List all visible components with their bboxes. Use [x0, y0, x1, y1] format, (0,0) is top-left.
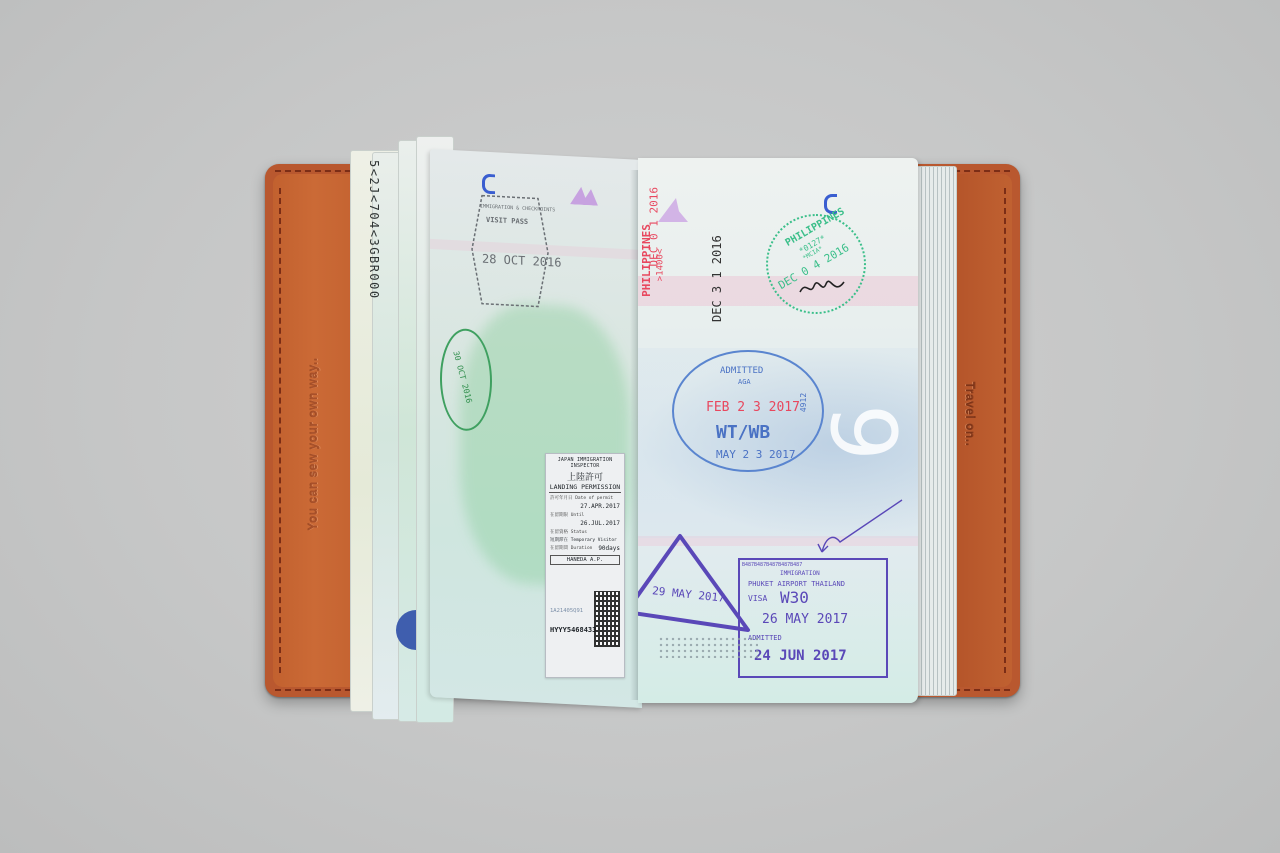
- stamp-thailand-departure: 29 MAY 2017: [638, 530, 752, 640]
- page-number-watermark: 9: [810, 404, 915, 461]
- stamp-thailand-arrival: B487B487B487B487B487 IMMIGRATION PHUKET …: [738, 558, 888, 678]
- purple-motif: [570, 186, 598, 205]
- japan-landing-permission-sticker: JAPAN IMMIGRATION INSPECTOR 上陸許可 LANDING…: [545, 453, 625, 678]
- stamp-us-until: MAY 2 3 2017: [716, 448, 795, 461]
- passport-right-page: 9 PHILIPPINES >1400< DEC 0 1 2016 DEC 3 …: [638, 158, 918, 703]
- sticker-kanji: 上陸許可: [546, 470, 624, 483]
- embossed-text-left: You can sew your own way..: [306, 357, 320, 530]
- sticker-code-small: 1A21405Q91: [550, 608, 583, 614]
- sticker-row-permit-date: 許可年月日 Date of permit: [546, 493, 624, 501]
- embossed-text-right: Travel on..: [963, 382, 977, 447]
- perforated-number: [658, 636, 758, 658]
- stamp-philippines-departure: PHILIPPINES >1400< DEC 0 1 2016 DEC 3 1 …: [650, 204, 720, 334]
- sticker-status: 短期滞在 Temporary Visitor: [550, 537, 617, 543]
- stamp-us-top: ADMITTED: [720, 366, 763, 376]
- stitching-right: [1004, 188, 1006, 673]
- stitching-left: [279, 188, 281, 673]
- mrz-strip-1: 5<2J<704<3GBR000: [367, 160, 381, 300]
- sticker-row-duration: 在留期間 Duration 90days: [546, 543, 624, 552]
- stamp-us-date: FEB 2 3 2017: [706, 400, 800, 415]
- stamp-th-date: 26 MAY 2017: [762, 612, 848, 627]
- signature-icon: [798, 278, 848, 298]
- photo-scene: You can sew your own way.. Travel on.. 5…: [0, 0, 1280, 853]
- stamp-th-admitted-until: 24 JUN 2017: [754, 648, 847, 664]
- sticker-row-until: 在留期限 Until: [546, 510, 624, 518]
- sticker-code-large: HYYY5468433: [550, 626, 596, 634]
- stamp-th-visa-label: VISA: [748, 594, 767, 603]
- stamp-singapore-visit-pass: IMMIGRATION & CHECKPOINTS VISIT PASS 28 …: [470, 189, 550, 313]
- sticker-port: HANEDA A.P.: [550, 555, 620, 565]
- qr-code-icon: [594, 591, 620, 647]
- stamp-my-date: 30 OCT 2016: [451, 350, 473, 404]
- handwritten-arrow-icon: [816, 496, 906, 556]
- stamp-us-number: 4912: [799, 393, 808, 412]
- stamp-th-agency: IMMIGRATION: [780, 570, 820, 577]
- stamp-us-admitted: ADMITTED AGA FEB 2 3 2017 WT/WB MAY 2 3 …: [672, 350, 824, 472]
- sticker-title: LANDING PERMISSION: [549, 483, 621, 493]
- sticker-header: JAPAN IMMIGRATION INSPECTOR: [546, 457, 624, 469]
- sticker-duration: 90days: [598, 545, 620, 552]
- stamp-us-port: AGA: [738, 378, 751, 386]
- sticker-until-date: 26.JUL.2017: [580, 520, 620, 527]
- stamp-ph-dep-overprint: DEC 3 1 2016: [710, 235, 724, 322]
- stamp-th-visa: W30: [780, 588, 809, 607]
- stamp-us-class: WT/WB: [716, 422, 770, 443]
- sticker-row-status: 在留資格 Status: [546, 527, 624, 535]
- stamp-th-border: B487B487B487B487B487: [742, 562, 802, 568]
- stamp-th-port: PHUKET AIRPORT THAILAND: [748, 580, 845, 588]
- stamp-philippines-arrival: PHILIPPINES *0127* *MCIA* DEC 0 4 2016: [766, 214, 866, 314]
- stamp-ph-dep-date: DEC 0 1 2016: [648, 187, 661, 266]
- sticker-permit-date: 27.APR.2017: [580, 503, 620, 510]
